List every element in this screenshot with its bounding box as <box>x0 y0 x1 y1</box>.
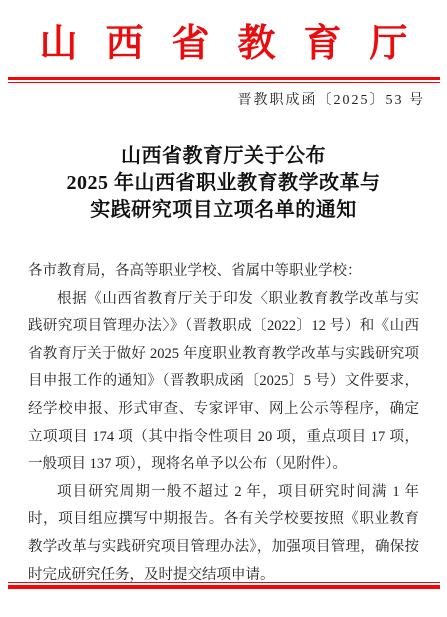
salutation-line: 各市教育局，各高等职业学校、省属中等职业学校： <box>28 258 419 286</box>
body-paragraph-1: 根据《山西省教育厅关于印发〈职业教育教学改革与实践研究项目管理办法〉》（晋教职成… <box>28 286 419 479</box>
title-line-2: 2025 年山西省职业教育教学改革与 <box>67 172 381 194</box>
rule-stroke <box>8 585 440 589</box>
title-line-3: 实践研究项目立项名单的通知 <box>90 199 357 221</box>
document-title: 山西省教育厅关于公布 2025 年山西省职业教育教学改革与 实践研究项目立项名单… <box>20 143 427 224</box>
document-body: 各市教育局，各高等职业学校、省属中等职业学校： 根据《山西省教育厅关于印发〈职业… <box>28 258 419 589</box>
footer-divider-rule <box>8 582 440 589</box>
document-reference-number: 晋教职成函〔2025〕53 号 <box>0 92 447 110</box>
agency-masthead: 山西省教育厅 <box>0 23 447 65</box>
rule-stroke <box>8 82 440 83</box>
official-document-page: 山西省教育厅 晋教职成函〔2025〕53 号 山西省教育厅关于公布 2025 年… <box>0 0 447 617</box>
body-paragraph-2: 项目研究周期一般不超过 2 年，项目研究时间满 1 年时，项目组应撰写中期报告。… <box>28 479 419 589</box>
header-divider-rule <box>8 77 440 83</box>
title-line-1: 山西省教育厅关于公布 <box>121 145 326 167</box>
